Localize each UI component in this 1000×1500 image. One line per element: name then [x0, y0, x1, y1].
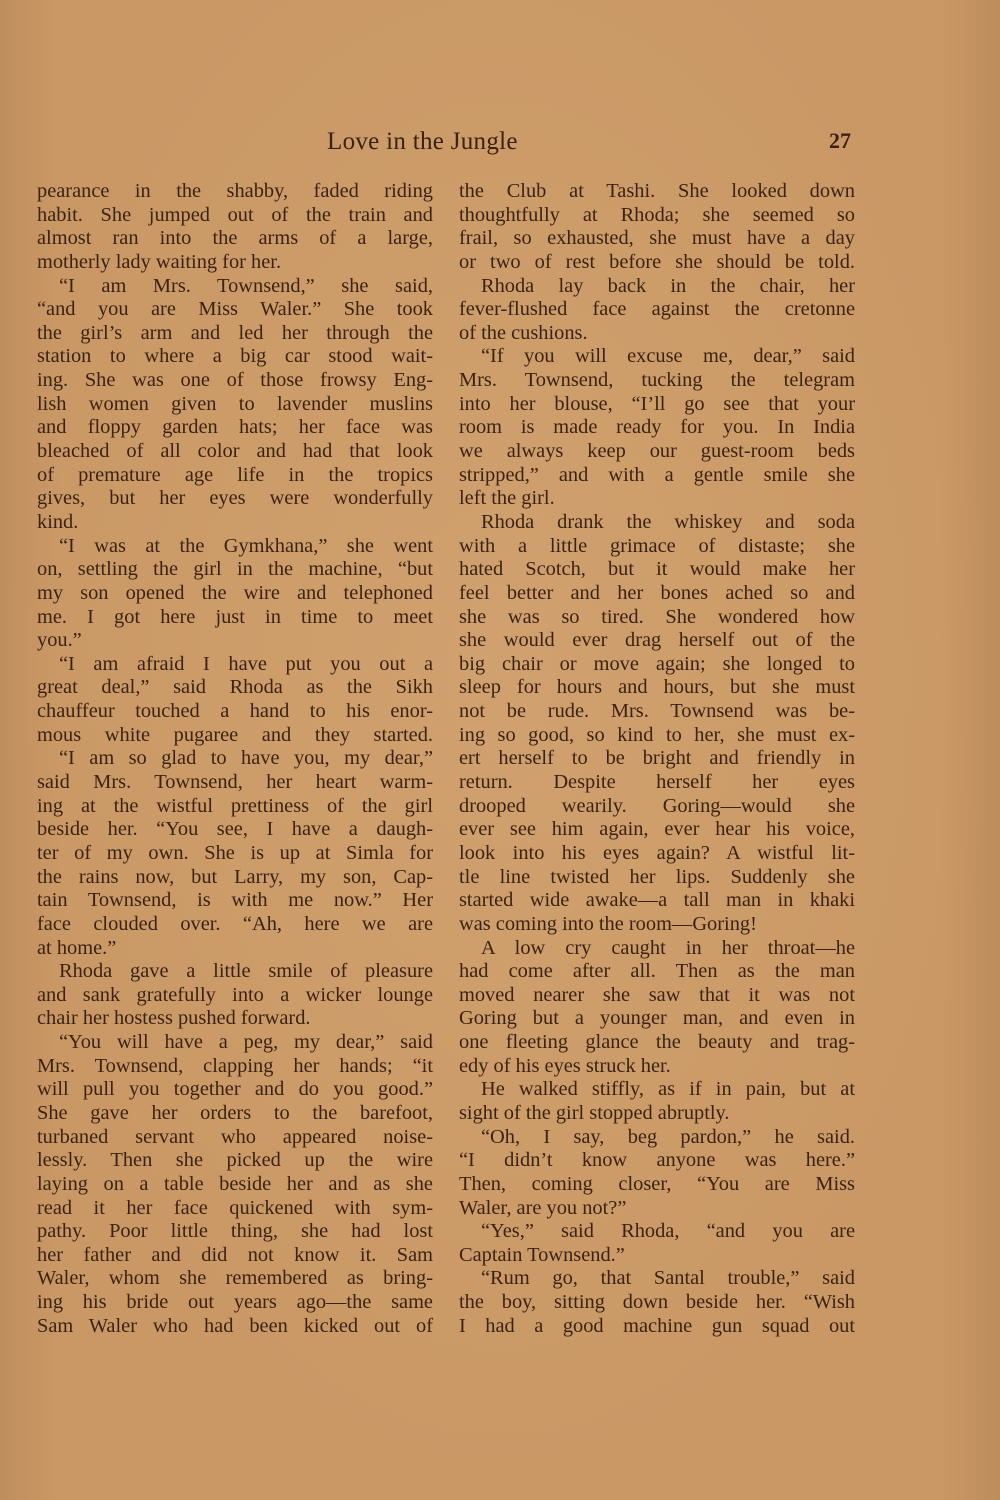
text-line: A low cry caught in her throat—he: [459, 937, 855, 961]
text-line: “Oh, I say, beg pardon,” he said.: [459, 1126, 855, 1150]
text-line: she was so tired. She wondered how: [459, 606, 855, 630]
page-number: 27: [829, 128, 851, 154]
text-line: bleached of all color and had that look: [37, 440, 433, 464]
text-line: motherly lady waiting for her.: [37, 251, 433, 275]
text-line: was coming into the room—Goring!: [459, 913, 855, 937]
text-line: “Yes,” said Rhoda, “and you are: [459, 1220, 855, 1244]
text-line: on, settling the girl in the machine, “b…: [37, 558, 433, 582]
text-line: face clouded over. “Ah, here we are: [37, 913, 433, 937]
text-line: Rhoda lay back in the chair, her: [459, 275, 855, 299]
text-line: left the girl.: [459, 487, 855, 511]
text-line: Goring but a younger man, and even in: [459, 1007, 855, 1031]
text-line: lessly. Then she picked up the wire: [37, 1149, 433, 1173]
text-line: Captain Townsend.”: [459, 1244, 855, 1268]
text-line: room is made ready for you. In India: [459, 416, 855, 440]
text-line: She gave her orders to the barefoot,: [37, 1102, 433, 1126]
text-line: He walked stiffly, as if in pain, but at: [459, 1078, 855, 1102]
text-line: “I didn’t know anyone was here.”: [459, 1149, 855, 1173]
text-line: we always keep our guest-room beds: [459, 440, 855, 464]
text-line: drooped wearily. Goring—would she: [459, 795, 855, 819]
text-line: habit. She jumped out of the train and: [37, 204, 433, 228]
text-line: gives, but her eyes were wonderfully: [37, 487, 433, 511]
text-line: pearance in the shabby, faded riding: [37, 180, 433, 204]
text-line: chair her hostess pushed forward.: [37, 1007, 433, 1031]
text-line: of the cushions.: [459, 322, 855, 346]
text-line: will pull you together and do you good.”: [37, 1078, 433, 1102]
text-line: fever-flushed face against the cretonne: [459, 298, 855, 322]
right-text-column: the Club at Tashi. She looked downthough…: [459, 180, 855, 1338]
text-line: the girl’s arm and led her through the: [37, 322, 433, 346]
text-line: I had a good machine gun squad out: [459, 1315, 855, 1339]
text-line: tle line twisted her lips. Suddenly she: [459, 866, 855, 890]
text-line: the boy, sitting down beside her. “Wish: [459, 1291, 855, 1315]
text-line: laying on a table beside her and as she: [37, 1173, 433, 1197]
text-line: Mrs. Townsend, tucking the telegram: [459, 369, 855, 393]
text-line: station to where a big car stood wait-: [37, 345, 433, 369]
text-line: her father and did not know it. Sam: [37, 1244, 433, 1268]
text-line: sleep for hours and hours, but she must: [459, 676, 855, 700]
text-line: ing his bride out years ago—the same: [37, 1291, 433, 1315]
left-text-column: pearance in the shabby, faded ridinghabi…: [37, 180, 433, 1338]
text-line: of premature age life in the tropics: [37, 464, 433, 488]
text-line: pathy. Poor little thing, she had lost: [37, 1220, 433, 1244]
text-line: my son opened the wire and telephoned: [37, 582, 433, 606]
text-line: Rhoda drank the whiskey and soda: [459, 511, 855, 535]
text-line: had come after all. Then as the man: [459, 960, 855, 984]
text-line: chauffeur touched a hand to his enor-: [37, 700, 433, 724]
text-line: sight of the girl stopped abruptly.: [459, 1102, 855, 1126]
text-line: hated Scotch, but it would make her: [459, 558, 855, 582]
text-line: “and you are Miss Waler.” She took: [37, 298, 433, 322]
text-line: almost ran into the arms of a large,: [37, 227, 433, 251]
text-line: one fleeting glance the beauty and trag-: [459, 1031, 855, 1055]
text-line: “I am afraid I have put you out a: [37, 653, 433, 677]
text-line: or two of rest before she should be told…: [459, 251, 855, 275]
text-line: thoughtfully at Rhoda; she seemed so: [459, 204, 855, 228]
text-line: kind.: [37, 511, 433, 535]
text-line: Sam Waler who had been kicked out of: [37, 1315, 433, 1339]
text-line: not be rude. Mrs. Townsend was be-: [459, 700, 855, 724]
text-line: ing. She was one of those frowsy Eng-: [37, 369, 433, 393]
text-line: beside her. “You see, I have a daugh-: [37, 818, 433, 842]
text-line: edy of his eyes struck her.: [459, 1055, 855, 1079]
text-line: ing at the wistful prettiness of the gir…: [37, 795, 433, 819]
text-line: she would ever drag herself out of the: [459, 629, 855, 653]
text-line: moved nearer she saw that it was not: [459, 984, 855, 1008]
text-line: ever see him again, ever hear his voice,: [459, 818, 855, 842]
text-line: frail, so exhausted, she must have a day: [459, 227, 855, 251]
text-line: ert herself to be bright and friendly in: [459, 747, 855, 771]
text-line: me. I got here just in time to meet: [37, 606, 433, 630]
text-line: Rhoda gave a little smile of pleasure: [37, 960, 433, 984]
page-header: Love in the Jungle 27: [0, 128, 1000, 164]
text-line: the Club at Tashi. She looked down: [459, 180, 855, 204]
text-line: mous white pugaree and they started.: [37, 724, 433, 748]
running-title: Love in the Jungle: [327, 128, 518, 156]
text-line: and sank gratefully into a wicker lounge: [37, 984, 433, 1008]
text-line: big chair or move again; she longed to: [459, 653, 855, 677]
text-line: read it her face quickened with sym-: [37, 1197, 433, 1221]
text-line: into her blouse, “I’ll go see that your: [459, 393, 855, 417]
text-line: “I am so glad to have you, my dear,”: [37, 747, 433, 771]
text-line: lish women given to lavender muslins: [37, 393, 433, 417]
text-line: the rains now, but Larry, my son, Cap-: [37, 866, 433, 890]
text-line: turbaned servant who appeared noise-: [37, 1126, 433, 1150]
text-line: Waler, are you not?”: [459, 1197, 855, 1221]
text-line: said Mrs. Townsend, her heart warm-: [37, 771, 433, 795]
text-line: great deal,” said Rhoda as the Sikh: [37, 676, 433, 700]
text-line: Then, coming closer, “You are Miss: [459, 1173, 855, 1197]
text-line: ing so good, so kind to her, she must ex…: [459, 724, 855, 748]
text-line: “If you will excuse me, dear,” said: [459, 345, 855, 369]
text-line: look into his eyes again? A wistful lit-: [459, 842, 855, 866]
text-line: you.”: [37, 629, 433, 653]
text-line: feel better and her bones ached so and: [459, 582, 855, 606]
text-line: started wide awake—a tall man in khaki: [459, 889, 855, 913]
text-line: Mrs. Townsend, clapping her hands; “it: [37, 1055, 433, 1079]
text-line: and floppy garden hats; her face was: [37, 416, 433, 440]
text-line: at home.”: [37, 937, 433, 961]
text-line: “I was at the Gymkhana,” she went: [37, 535, 433, 559]
text-line: ter of my own. She is up at Simla for: [37, 842, 433, 866]
text-line: “Rum go, that Santal trouble,” said: [459, 1267, 855, 1291]
text-line: Waler, whom she remembered as bring-: [37, 1267, 433, 1291]
text-line: tain Townsend, is with me now.” Her: [37, 889, 433, 913]
text-line: “You will have a peg, my dear,” said: [37, 1031, 433, 1055]
text-line: “I am Mrs. Townsend,” she said,: [37, 275, 433, 299]
text-line: with a little grimace of distaste; she: [459, 535, 855, 559]
text-line: return. Despite herself her eyes: [459, 771, 855, 795]
text-line: stripped,” and with a gentle smile she: [459, 464, 855, 488]
